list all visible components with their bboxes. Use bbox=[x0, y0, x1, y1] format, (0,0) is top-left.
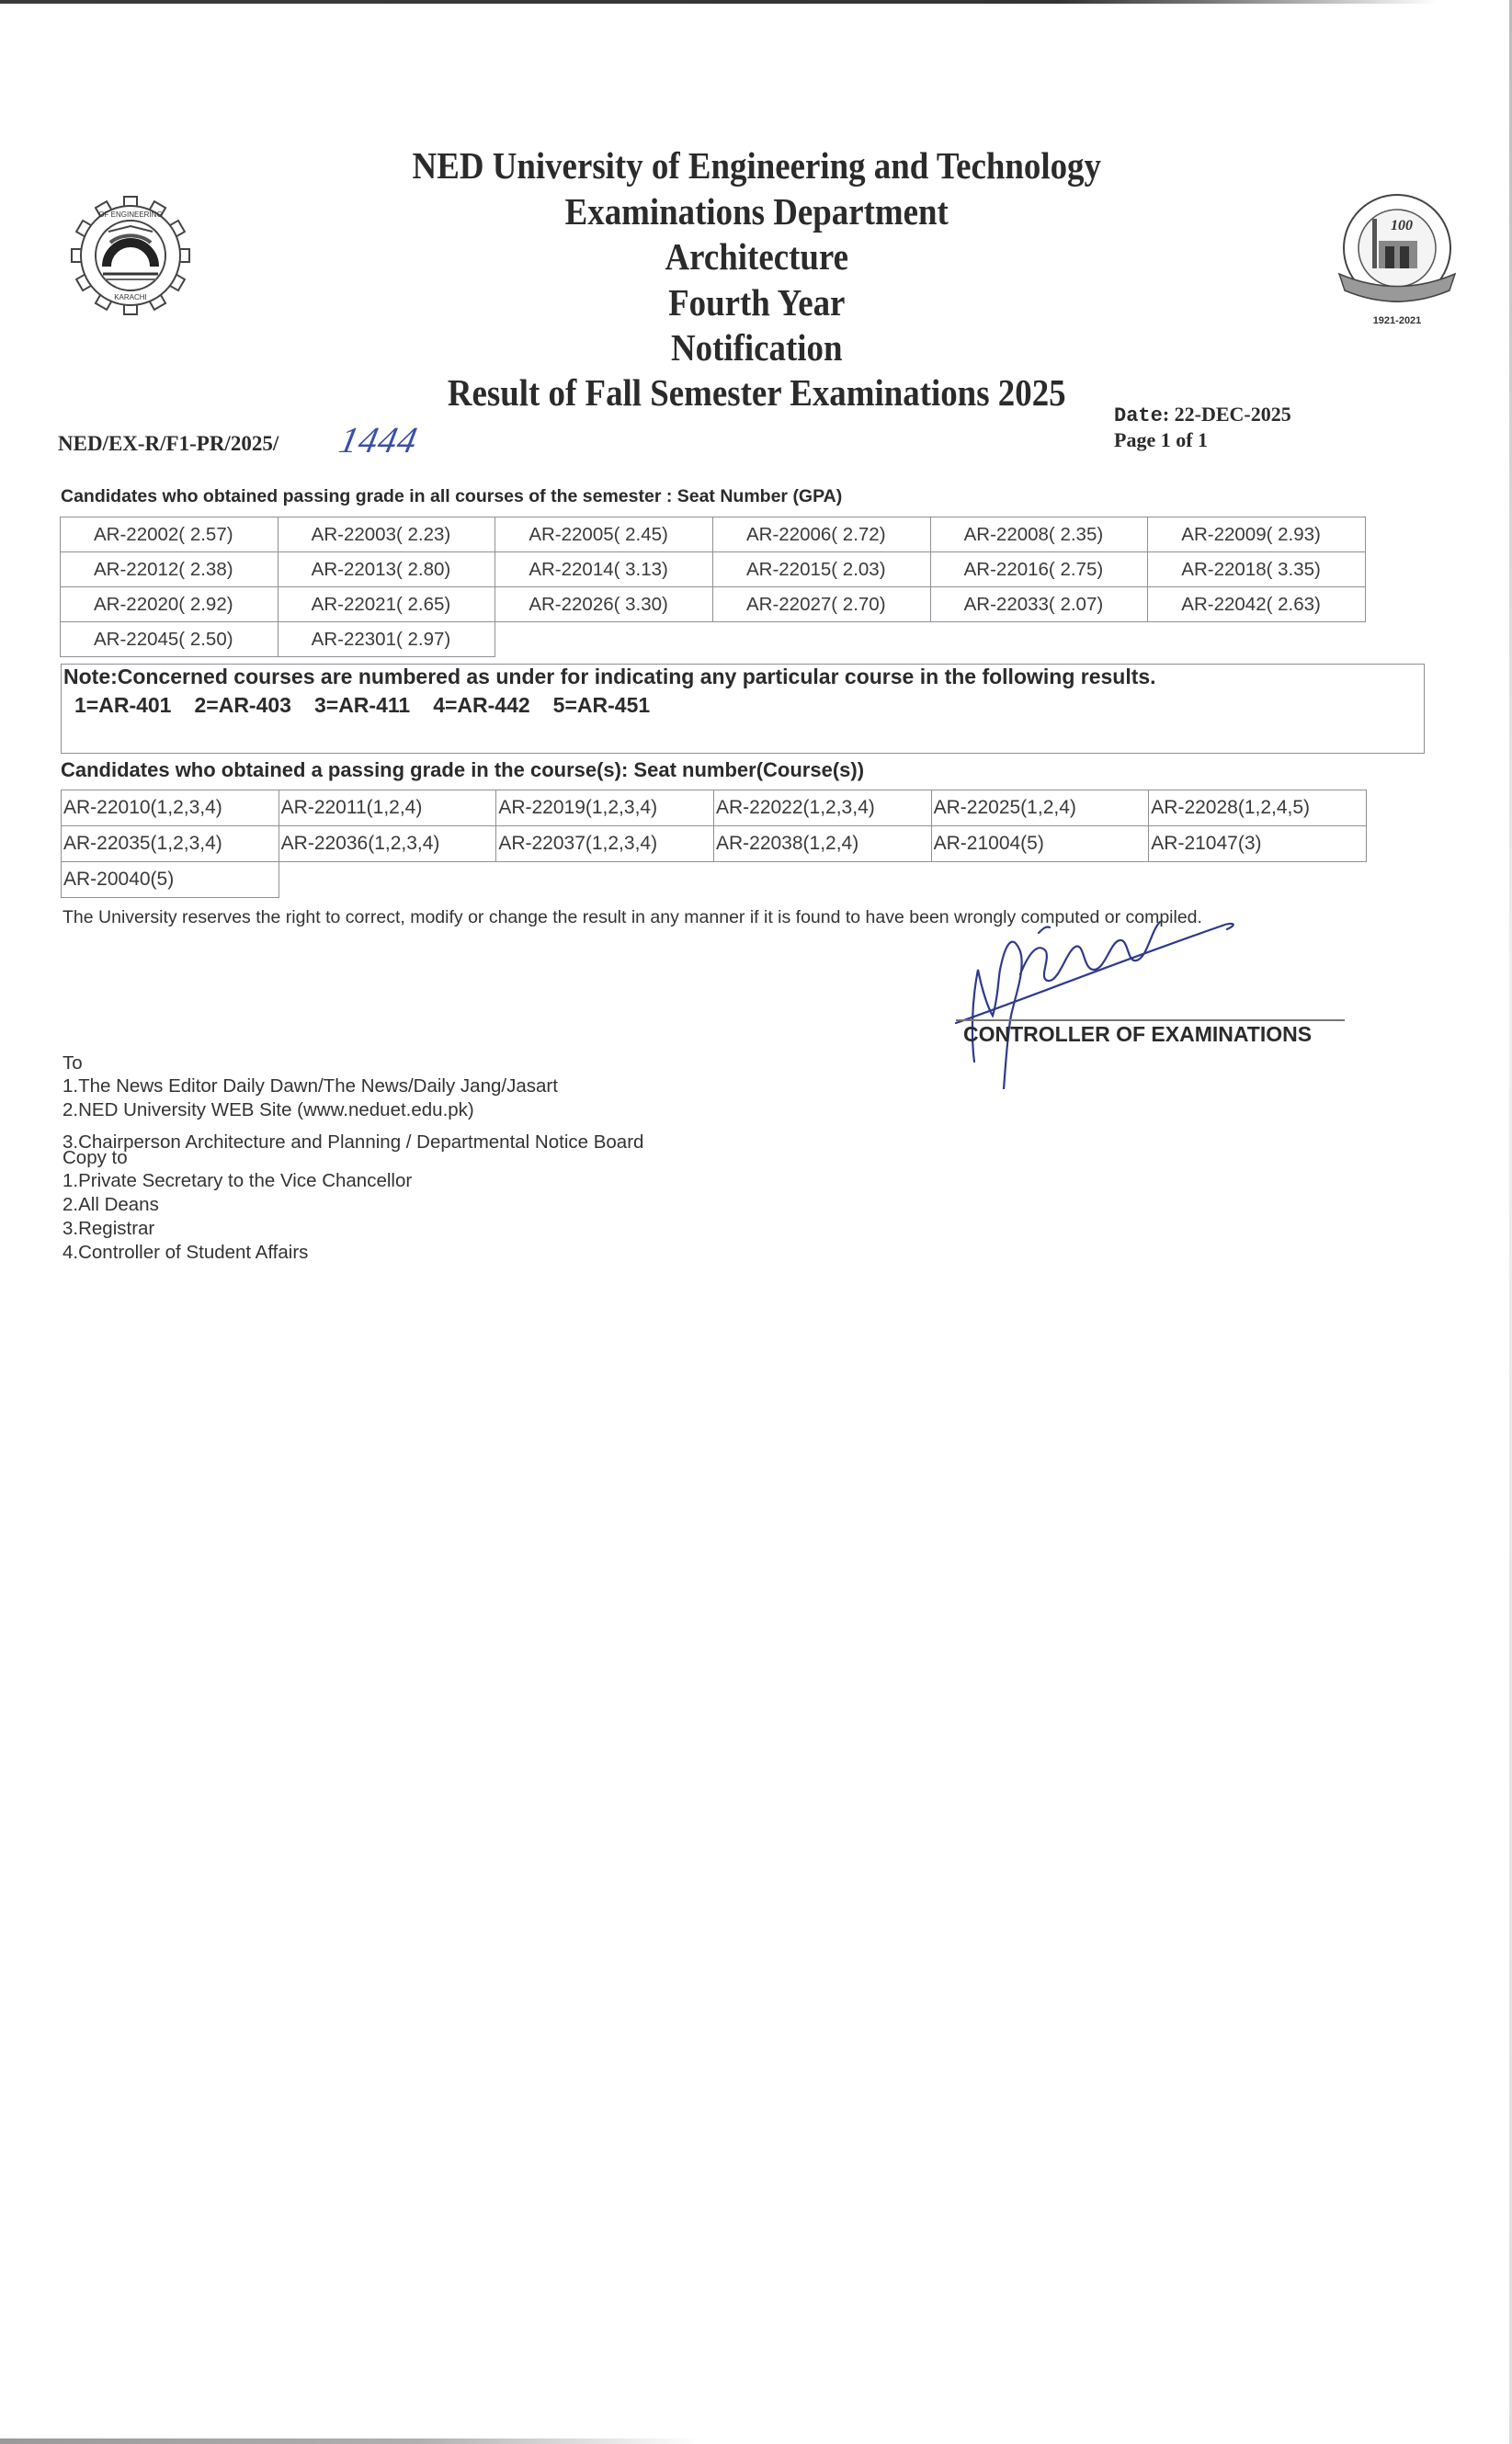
course-result-cell: AR-22022(1,2,3,4) bbox=[713, 790, 931, 826]
course-key-note: Note:Concerned courses are numbered as u… bbox=[61, 664, 1425, 754]
gpa-result-cell: AR-22012( 2.38) bbox=[61, 552, 279, 587]
gpa-result-cell: AR-22033( 2.07) bbox=[930, 587, 1148, 622]
gpa-results-table: AR-22002( 2.57)AR-22003( 2.23)AR-22005( … bbox=[60, 517, 1366, 657]
course-code: 3=AR-411 bbox=[314, 693, 410, 717]
signature-line bbox=[956, 1019, 1345, 1021]
date-page-block: Date: 22-DEC-2025 Page 1 of 1 bbox=[1114, 403, 1291, 452]
table-row: AR-22002( 2.57)AR-22003( 2.23)AR-22005( … bbox=[61, 517, 1366, 552]
gpa-result-cell: AR-22026( 3.30) bbox=[495, 587, 713, 622]
discipline-name: Architecture bbox=[76, 234, 1438, 279]
distribution-to-item: 1.The News Editor Daily Dawn/The News/Da… bbox=[63, 1074, 558, 1098]
empty-cell bbox=[712, 622, 930, 657]
empty-cell bbox=[930, 622, 1148, 657]
scan-edge-bottom bbox=[0, 2438, 699, 2444]
gpa-result-cell: AR-22045( 2.50) bbox=[61, 622, 279, 657]
year-label: Fourth Year bbox=[76, 280, 1438, 324]
page-indicator: Page 1 of 1 bbox=[1114, 428, 1291, 452]
table-row: AR-22012( 2.38)AR-22013( 2.80)AR-22014( … bbox=[61, 552, 1366, 587]
reference-number-handwritten: 1444 bbox=[335, 418, 422, 461]
course-code: 4=AR-442 bbox=[433, 693, 529, 717]
course-code: 5=AR-451 bbox=[553, 693, 650, 717]
distribution-copy-item: 4.Controller of Student Affairs bbox=[63, 1241, 308, 1265]
table-row: AR-22010(1,2,3,4)AR-22011(1,2,4)AR-22019… bbox=[62, 790, 1367, 826]
gpa-result-cell: AR-22005( 2.45) bbox=[495, 517, 713, 552]
table-row: AR-22045( 2.50)AR-22301( 2.97) bbox=[61, 622, 1366, 657]
gpa-result-cell: AR-22027( 2.70) bbox=[712, 587, 930, 622]
department-name: Examinations Department bbox=[76, 189, 1438, 233]
gpa-result-cell: AR-22042( 2.63) bbox=[1148, 587, 1366, 622]
empty-cell bbox=[495, 622, 713, 657]
distribution-to-label: To bbox=[63, 1051, 83, 1075]
course-result-cell: AR-22028(1,2,4,5) bbox=[1149, 790, 1367, 826]
gpa-result-cell: AR-22014( 3.13) bbox=[495, 552, 713, 587]
distribution-copy-item: 1.Private Secretary to the Vice Chancell… bbox=[63, 1169, 412, 1193]
course-result-cell: AR-22010(1,2,3,4) bbox=[62, 790, 279, 826]
gpa-result-cell: AR-22016( 2.75) bbox=[930, 552, 1148, 587]
course-result-cell: AR-22038(1,2,4) bbox=[713, 826, 931, 862]
empty-cell bbox=[279, 862, 496, 898]
gpa-section-title: Candidates who obtained passing grade in… bbox=[61, 486, 842, 507]
note-text: Note:Concerned courses are numbered as u… bbox=[63, 665, 1156, 689]
university-name: NED University of Engineering and Techno… bbox=[76, 143, 1438, 188]
gpa-result-cell: AR-22021( 2.65) bbox=[278, 587, 495, 622]
course-result-cell: AR-22035(1,2,3,4) bbox=[62, 826, 279, 862]
gpa-result-cell: AR-22015( 2.03) bbox=[712, 552, 930, 587]
gpa-result-cell: AR-22009( 2.93) bbox=[1148, 517, 1366, 552]
empty-cell bbox=[496, 862, 714, 898]
distribution-copy-item: 2.All Deans bbox=[63, 1193, 159, 1217]
empty-cell bbox=[1148, 622, 1366, 657]
course-result-cell: AR-21004(5) bbox=[931, 826, 1149, 862]
date-value: : 22-DEC-2025 bbox=[1163, 403, 1291, 426]
course-section-title: Candidates who obtained a passing grade … bbox=[61, 758, 864, 782]
scan-edge-top bbox=[0, 0, 1512, 4]
distribution-copy-item: 3.Registrar bbox=[63, 1217, 154, 1241]
distribution-copy-label: Copy to bbox=[63, 1146, 128, 1170]
signature-icon bbox=[947, 905, 1250, 1089]
course-result-cell: AR-21047(3) bbox=[1149, 826, 1367, 862]
distribution-to-item: 3.Chairperson Architecture and Planning … bbox=[63, 1131, 643, 1154]
gpa-result-cell: AR-22003( 2.23) bbox=[278, 517, 495, 552]
course-result-cell: AR-22037(1,2,3,4) bbox=[496, 826, 714, 862]
date-label: Date bbox=[1114, 404, 1163, 427]
table-row: AR-22020( 2.92)AR-22021( 2.65)AR-22026( … bbox=[61, 587, 1366, 622]
course-code: 2=AR-403 bbox=[194, 693, 290, 717]
gpa-result-cell: AR-22301( 2.97) bbox=[278, 622, 495, 657]
course-codes-list: 1=AR-4012=AR-4033=AR-4114=AR-4425=AR-451 bbox=[74, 693, 673, 718]
signatory-title: CONTROLLER OF EXAMINATIONS bbox=[963, 1022, 1312, 1047]
empty-cell bbox=[931, 862, 1149, 898]
table-row: AR-20040(5) bbox=[62, 862, 1367, 898]
course-result-cell: AR-22019(1,2,3,4) bbox=[496, 790, 714, 826]
document-type: Notification bbox=[76, 325, 1438, 369]
distribution-to-item: 2.NED University WEB Site (www.neduet.ed… bbox=[63, 1098, 474, 1122]
course-result-cell: AR-22025(1,2,4) bbox=[931, 790, 1149, 826]
gpa-result-cell: AR-22006( 2.72) bbox=[712, 517, 930, 552]
course-code: 1=AR-401 bbox=[74, 693, 171, 717]
gpa-result-cell: AR-22013( 2.80) bbox=[278, 552, 495, 587]
issue-date: Date: 22-DEC-2025 bbox=[1114, 403, 1291, 428]
course-result-cell: AR-22036(1,2,3,4) bbox=[279, 826, 496, 862]
course-result-cell: AR-20040(5) bbox=[62, 862, 279, 898]
gpa-result-cell: AR-22020( 2.92) bbox=[61, 587, 279, 622]
gpa-result-cell: AR-22008( 2.35) bbox=[930, 517, 1148, 552]
gpa-result-cell: AR-22002( 2.57) bbox=[61, 517, 279, 552]
gpa-result-cell: AR-22018( 3.35) bbox=[1148, 552, 1366, 587]
empty-cell bbox=[713, 862, 931, 898]
course-result-cell: AR-22011(1,2,4) bbox=[279, 790, 496, 826]
course-results-table: AR-22010(1,2,3,4)AR-22011(1,2,4)AR-22019… bbox=[61, 790, 1367, 898]
reference-number: NED/EX-R/F1-PR/2025/ bbox=[58, 432, 279, 456]
empty-cell bbox=[1149, 862, 1367, 898]
table-row: AR-22035(1,2,3,4)AR-22036(1,2,3,4)AR-220… bbox=[62, 826, 1367, 862]
